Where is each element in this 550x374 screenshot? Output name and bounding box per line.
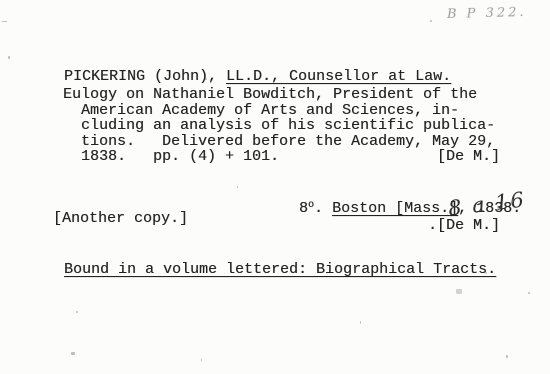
- imprint-place: Boston [Mass.]: [332, 200, 458, 217]
- scan-speck: [71, 352, 75, 355]
- scan-speck: [528, 292, 530, 294]
- scan-speck: [76, 311, 78, 313]
- scan-speck: [201, 359, 202, 361]
- attribution-note-top: [De M.]: [437, 149, 500, 165]
- heading-author-name: PICKERING (John),: [64, 68, 226, 85]
- binding-note: Bound in a volume lettered: Biographical…: [64, 261, 496, 278]
- scan-speck: [205, 78, 207, 80]
- body-line: 1838. pp. (4) + 101.: [81, 149, 279, 165]
- another-copy-note: [Another copy.]: [53, 211, 188, 227]
- format-dot: .: [314, 200, 332, 217]
- catalog-card: B P 322. PICKERING (John), LL.D., Counse…: [0, 0, 550, 374]
- attribution-note-bottom: .[De M.]: [428, 218, 500, 234]
- scan-speck: [8, 56, 10, 59]
- scan-speck: [2, 21, 7, 22]
- format-abbrev: 8: [299, 200, 308, 217]
- scan-speck: [506, 355, 508, 358]
- scan-speck: [237, 186, 238, 188]
- body-line: cluding an analysis of his scientific pu…: [81, 118, 495, 134]
- heading-author-title: LL.D., Counsellor at Law.: [226, 68, 451, 85]
- scan-speck: [430, 20, 432, 22]
- scan-speck: [360, 321, 361, 324]
- binding-note-line: Bound in a volume lettered: Biographical…: [28, 246, 496, 294]
- pencil-shelfmark: B P 322.: [447, 5, 527, 22]
- scan-speck: [485, 272, 487, 274]
- scan-speck: [456, 289, 462, 294]
- body-line: Eulogy on Nathaniel Bowditch, President …: [63, 87, 477, 103]
